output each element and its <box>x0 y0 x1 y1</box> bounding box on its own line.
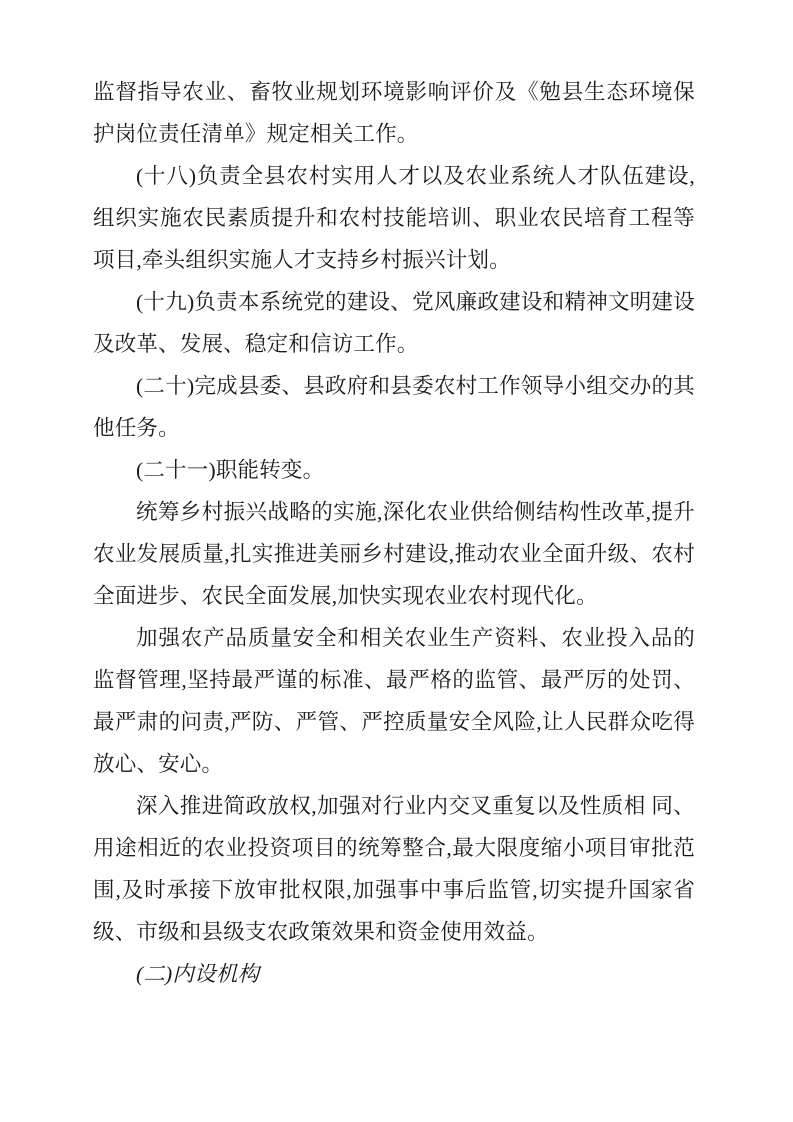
paragraph-item-21: (二十一)职能转变。 <box>93 449 695 491</box>
paragraph-item-20: (二十)完成县委、县政府和县委农村工作领导小组交办的其他任务。 <box>93 365 695 449</box>
paragraph-continuation: 监督指导农业、畜牧业规划环境影响评价及《勉县生态环境保护岗位责任清单》规定相关工… <box>93 71 695 155</box>
paragraph-streamline-administration: 深入推进简政放权,加强对行业内交叉重复以及性质相 同、用途相近的农业投资项目的统… <box>93 785 695 953</box>
paragraph-item-18: (十八)负责全县农村实用人才以及农业系统人才队伍建设,组织实施农民素质提升和农村… <box>93 155 695 281</box>
document-page: 监督指导农业、畜牧业规划环境影响评价及《勉县生态环境保护岗位责任清单》规定相关工… <box>0 0 793 1122</box>
paragraph-rural-revitalization: 统筹乡村振兴战略的实施,深化农业供给侧结构性改革,提升农业发展质量,扎实推进美丽… <box>93 491 695 617</box>
section-heading-internal-organs: (二)内设机构 <box>93 953 695 995</box>
paragraph-quality-safety: 加强农产品质量安全和相关农业生产资料、农业投入品的监督管理,坚持最严谨的标准、最… <box>93 617 695 785</box>
paragraph-item-19: (十九)负责本系统党的建设、党风廉政建设和精神文明建设及改革、发展、稳定和信访工… <box>93 281 695 365</box>
